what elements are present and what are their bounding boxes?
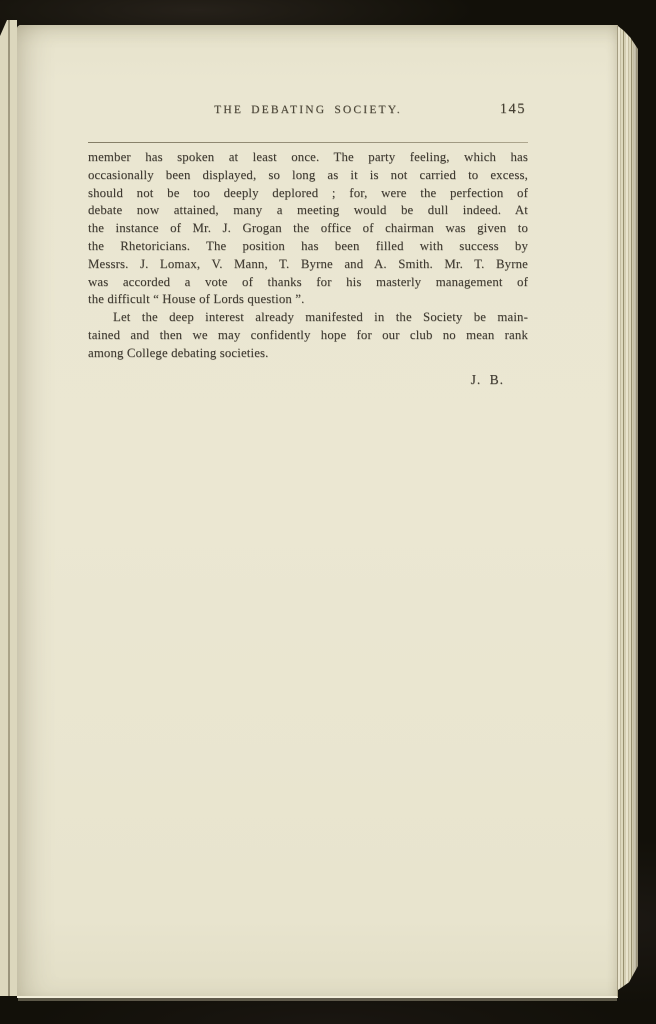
paragraph-1: member has spoken at least once. The par… bbox=[88, 149, 528, 309]
text-line: Messrs. J. Lomax, V. Mann, T. Byrne and … bbox=[88, 256, 528, 274]
text-line: among College debating societies. bbox=[88, 345, 528, 363]
header-rule bbox=[88, 142, 528, 143]
right-page-edge-stack bbox=[618, 26, 638, 990]
text-line: occasionally been displayed, so long as … bbox=[88, 167, 528, 185]
text-line: should not be too deeply deplored ; for,… bbox=[88, 185, 528, 203]
body-text: member has spoken at least once. The par… bbox=[88, 149, 528, 363]
paragraph-2: Let the deep interest already manifested… bbox=[88, 309, 528, 362]
gutter-crease bbox=[8, 20, 10, 996]
text-line: Let the deep interest already manifested… bbox=[88, 309, 528, 327]
text-line: tained and then we may confidently hope … bbox=[88, 327, 528, 345]
book-page: THE DEBATING SOCIETY. 145 member has spo… bbox=[17, 25, 618, 998]
page-number: 145 bbox=[500, 101, 526, 118]
author-initials-text: J. B. bbox=[471, 372, 504, 387]
text-line: the difficult “ House of Lords question … bbox=[88, 291, 528, 309]
photographed-book: THE DEBATING SOCIETY. 145 member has spo… bbox=[0, 0, 656, 1024]
text-line: the instance of Mr. J. Grogan the office… bbox=[88, 220, 528, 238]
text-line: the Rhetoricians. The position has been … bbox=[88, 238, 528, 256]
text-line: member has spoken at least once. The par… bbox=[88, 149, 528, 167]
running-head: THE DEBATING SOCIETY. 145 bbox=[88, 101, 528, 121]
page-title: THE DEBATING SOCIETY. bbox=[88, 104, 528, 116]
left-page-gutter-edge bbox=[0, 20, 17, 996]
text-line: debate now attained, many a meeting woul… bbox=[88, 202, 528, 220]
text-line: was accorded a vote of thanks for his ma… bbox=[88, 274, 528, 292]
author-initials: J. B. bbox=[88, 372, 528, 388]
